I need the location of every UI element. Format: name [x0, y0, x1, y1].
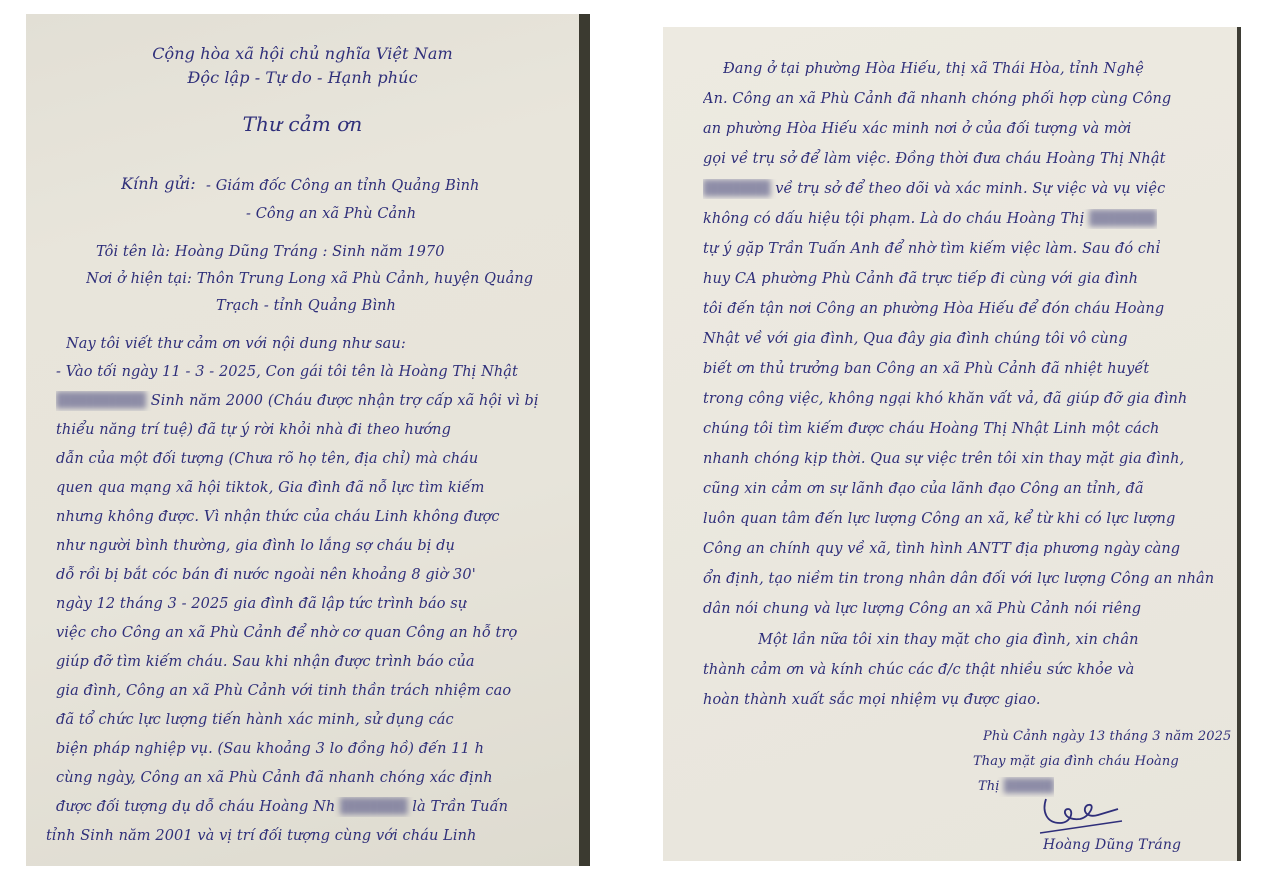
sender-address-line1: Nơi ở hiện tại: Thôn Trung Long xã Phù C… — [86, 269, 533, 289]
body-line: huy CA phường Phù Cảnh đã trực tiếp đi c… — [703, 269, 1138, 289]
redacted-name: ██████ — [340, 797, 408, 817]
body-line: cùng ngày, Công an xã Phù Cảnh đã nhanh … — [56, 768, 493, 788]
body-line: việc cho Công an xã Phù Cảnh để nhờ cơ q… — [56, 623, 517, 643]
body-line: luôn quan tâm đến lực lượng Công an xã, … — [703, 509, 1175, 529]
recipient-1: - Giám đốc Công an tỉnh Quảng Bình — [206, 176, 479, 196]
sender-name-line: Tôi tên là: Hoàng Dũng Tráng : Sinh năm … — [96, 242, 445, 262]
body-line: dỗ rồi bị bắt cóc bán đi nước ngoài nên … — [56, 565, 476, 585]
body-line: gọi về trụ sở để làm việc. Đồng thời đưa… — [703, 149, 1166, 169]
body-line: Công an chính quy về xã, tình hình ANTT … — [703, 539, 1180, 559]
body-line: như người bình thường, gia đình lo lắng … — [56, 536, 455, 556]
body-line: quen qua mạng xã hội tiktok, Gia đình đã… — [56, 478, 484, 498]
body-line: - Vào tối ngày 11 - 3 - 2025, Con gái tô… — [56, 362, 518, 382]
body-line: tôi đến tận nơi Công an phường Hòa Hiếu … — [703, 299, 1164, 319]
body-line: cũng xin cảm ơn sự lãnh đạo của lãnh đạo… — [703, 479, 1144, 499]
body-line: ██████ về trụ sở để theo dõi và xác minh… — [703, 179, 1165, 199]
body-line: tỉnh Sinh năm 2001 và vị trí đối tượng c… — [46, 826, 476, 846]
national-motto-line2: Độc lập - Tự do - Hạnh phúc — [26, 68, 579, 88]
redacted-name: ██████ — [1089, 209, 1157, 229]
body-line: An. Công an xã Phù Cảnh đã nhanh chóng p… — [703, 89, 1171, 109]
letter-title: Thư cảm ơn — [26, 114, 579, 134]
body-line: Nhật về với gia đình, Qua đây gia đình c… — [703, 329, 1128, 349]
body-line: Đang ở tại phường Hòa Hiếu, thị xã Thái … — [723, 59, 1144, 79]
place-date: Phù Cảnh ngày 13 tháng 3 năm 2025 — [983, 727, 1231, 747]
body-line: ngày 12 tháng 3 - 2025 gia đình đã lập t… — [56, 594, 467, 614]
on-behalf-line-2: Thị █████ — [978, 777, 1054, 797]
on-behalf-line: Thay mặt gia đình cháu Hoàng — [973, 752, 1179, 772]
national-motto-line1: Cộng hòa xã hội chủ nghĩa Việt Nam — [26, 44, 579, 64]
signature-icon — [1038, 797, 1128, 837]
redacted-name: █████ — [1004, 777, 1055, 797]
closing-line: Một lần nữa tôi xin thay mặt cho gia đìn… — [758, 630, 1139, 650]
body-line: trong công việc, không ngại khó khăn vất… — [703, 389, 1187, 409]
sender-address-line2: Trạch - tỉnh Quảng Bình — [216, 296, 396, 316]
redacted-name: ██████ — [703, 179, 771, 199]
body-line: đã tổ chức lực lượng tiến hành xác minh,… — [56, 710, 454, 730]
body-line: giúp đỡ tìm kiếm cháu. Sau khi nhận được… — [56, 652, 475, 672]
body-line: an phường Hòa Hiếu xác minh nơi ở của đố… — [703, 119, 1131, 139]
body-line: thiểu năng trí tuệ) đã tự ý rời khỏi nhà… — [56, 420, 451, 440]
body-line: biết ơn thủ trưởng ban Công an xã Phù Cả… — [703, 359, 1149, 379]
body-line: dẫn của một đối tượng (Chưa rõ họ tên, đ… — [56, 449, 478, 469]
body-line: dân nói chung và lực lượng Công an xã Ph… — [703, 599, 1141, 619]
body-line: không có dấu hiệu tội phạm. Là do cháu H… — [703, 209, 1157, 229]
body-line: nhanh chóng kịp thời. Qua sự việc trên t… — [703, 449, 1184, 469]
body-line: gia đình, Công an xã Phù Cảnh với tinh t… — [56, 681, 511, 701]
closing-line: thành cảm ơn và kính chúc các đ/c thật n… — [703, 660, 1134, 680]
letter-intro: Nay tôi viết thư cảm ơn với nội dung như… — [66, 334, 406, 354]
recipient-2: - Công an xã Phù Cảnh — [246, 204, 416, 224]
redacted-name: ████████ — [56, 391, 146, 411]
closing-line: hoàn thành xuất sắc mọi nhiệm vụ được gi… — [703, 690, 1041, 710]
body-line: chúng tôi tìm kiếm được cháu Hoàng Thị N… — [703, 419, 1160, 439]
body-line: nhưng không được. Vì nhận thức của cháu … — [56, 507, 500, 527]
body-line: ████████ Sinh năm 2000 (Cháu được nhận t… — [56, 391, 539, 411]
body-line: ổn định, tạo niềm tin trong nhân dân đối… — [703, 569, 1214, 589]
signer-name: Hoàng Dũng Tráng — [1043, 835, 1181, 855]
letter-page-2: Đang ở tại phường Hòa Hiếu, thị xã Thái … — [663, 27, 1241, 861]
recipient-label: Kính gửi: — [121, 174, 196, 194]
body-line: được đối tượng dụ dỗ cháu Hoàng Nh █████… — [56, 797, 508, 817]
body-line: biện pháp nghiệp vụ. (Sau khoảng 3 lo đồ… — [56, 739, 484, 759]
body-line: tự ý gặp Trần Tuấn Anh để nhờ tìm kiếm v… — [703, 239, 1160, 259]
letter-page-1: Cộng hòa xã hội chủ nghĩa Việt Nam Độc l… — [26, 14, 590, 866]
